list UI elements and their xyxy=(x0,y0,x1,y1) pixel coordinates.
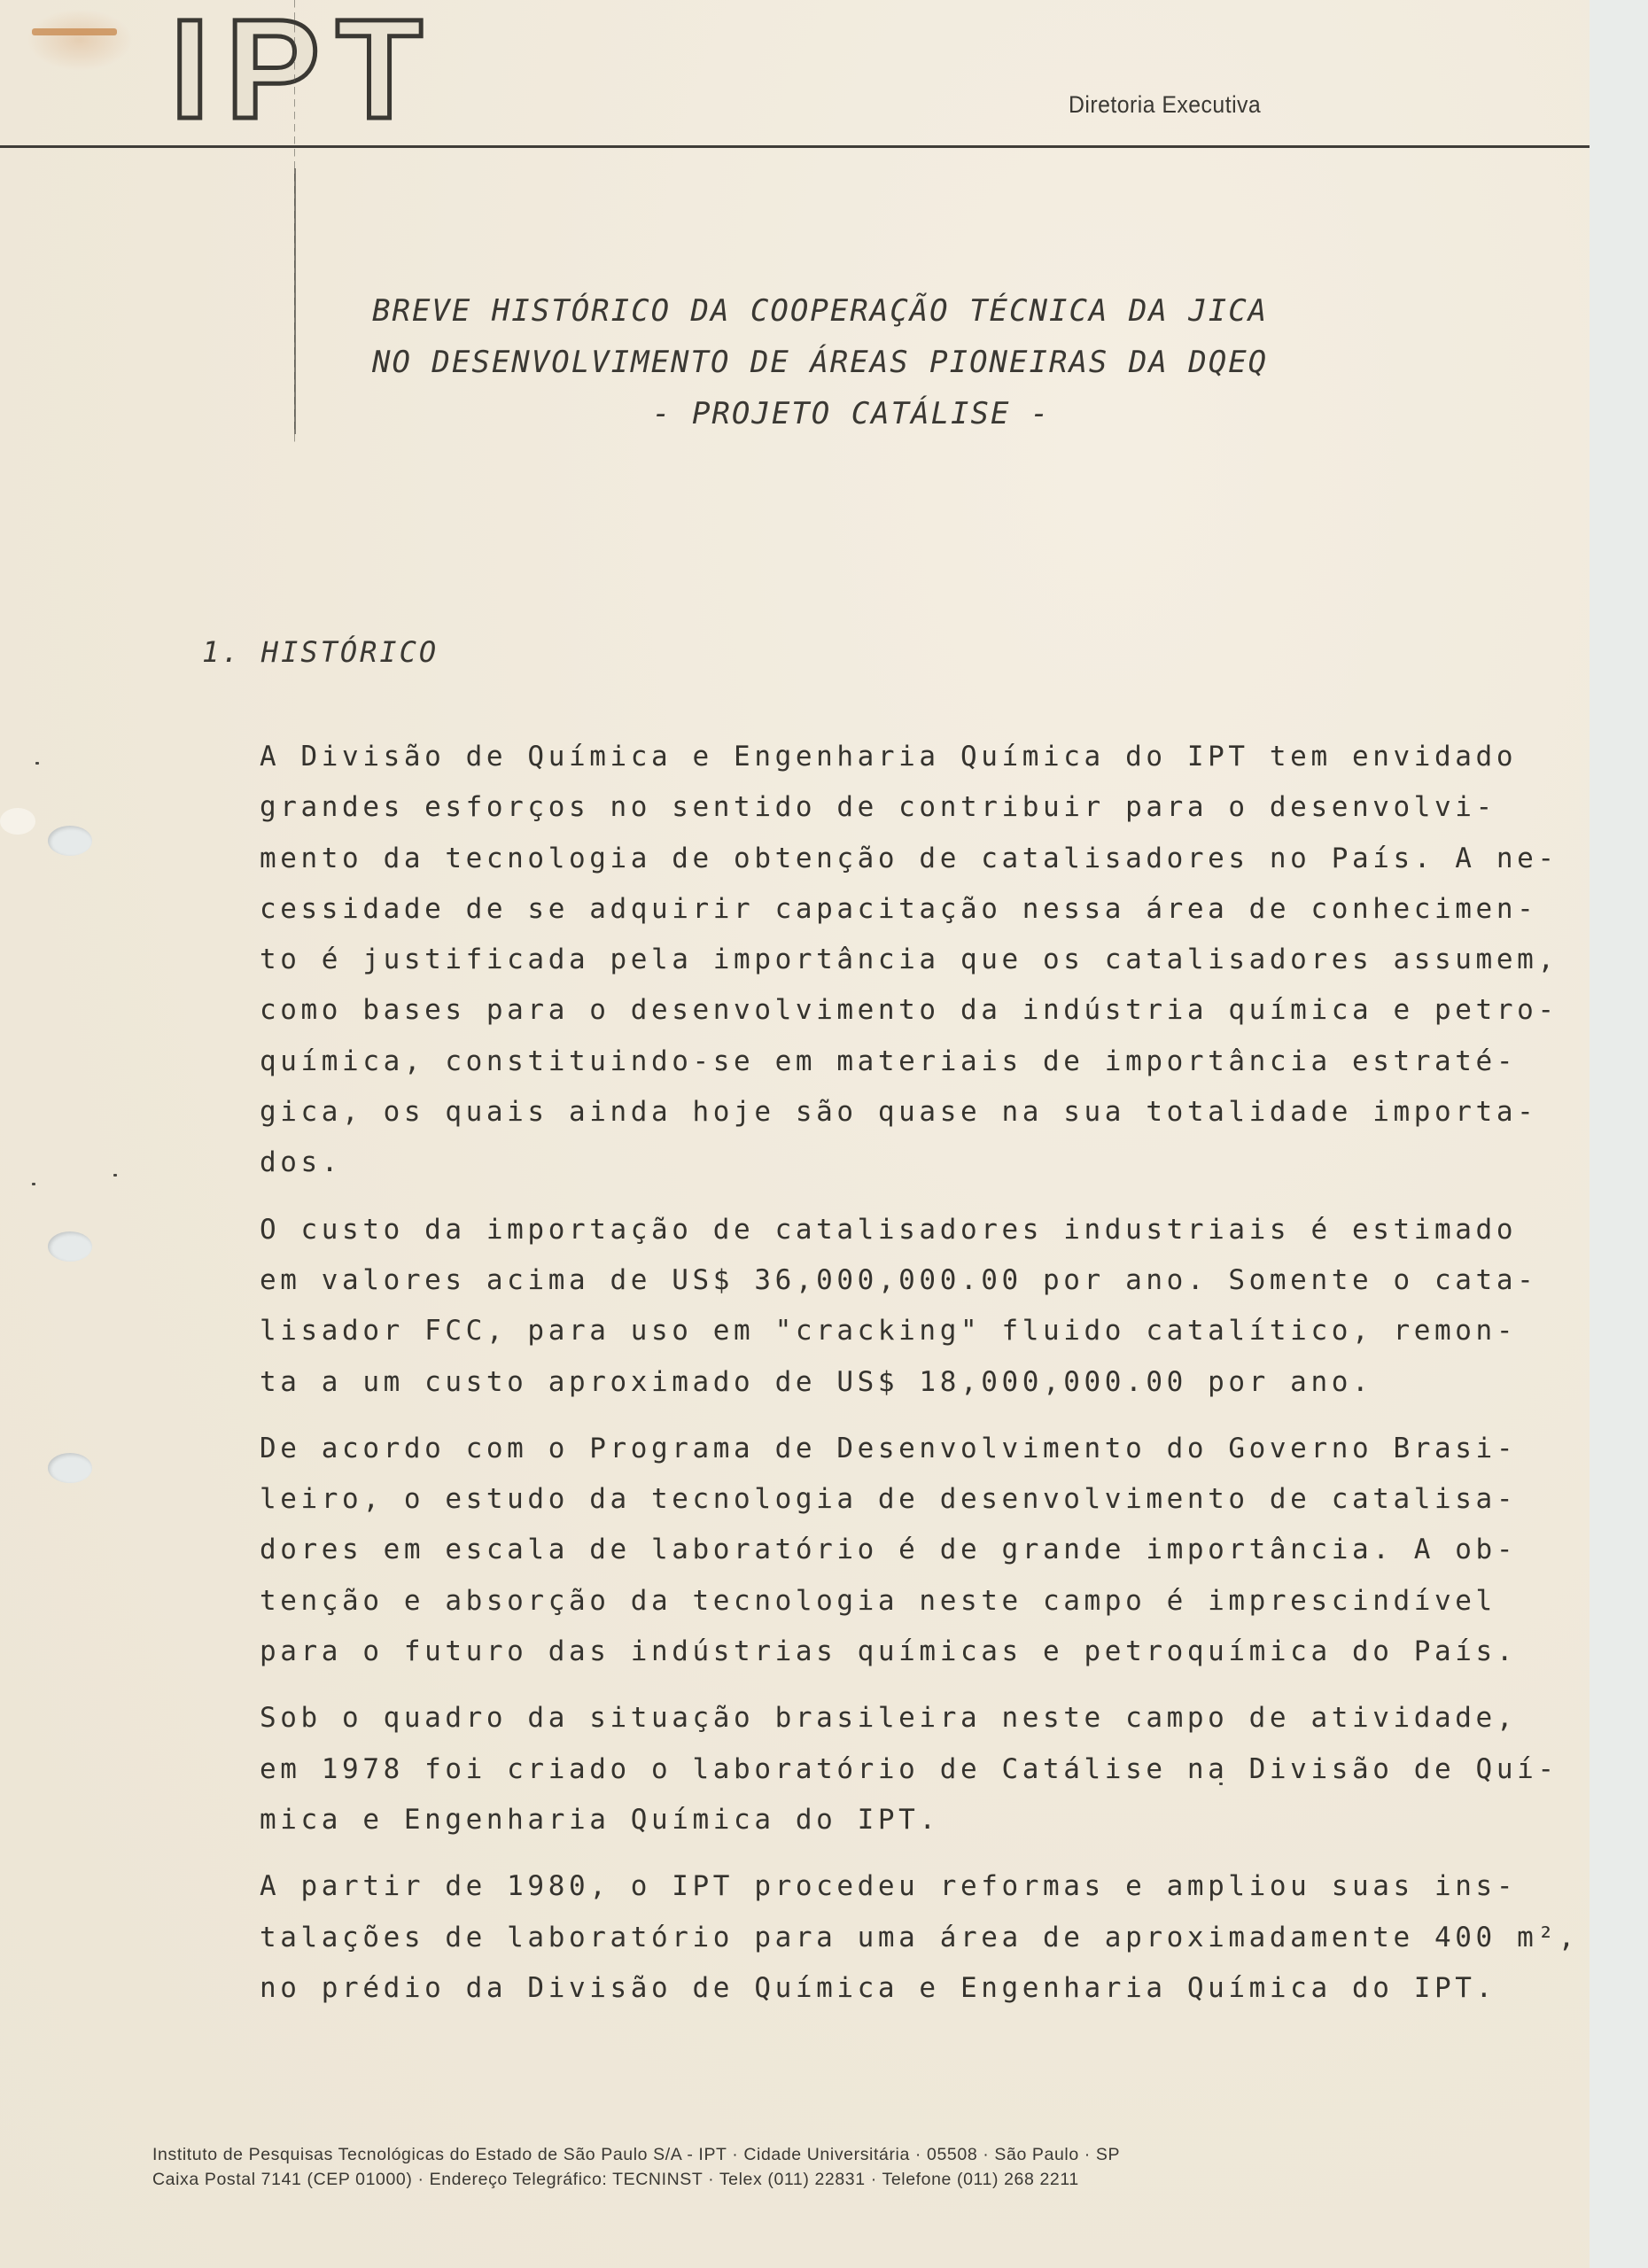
text-line: mica e Engenharia Química do IPT. xyxy=(260,1795,1500,1845)
text-line: no prédio da Divisão de Química e Engenh… xyxy=(260,1963,1500,2014)
department-label: Diretoria Executiva xyxy=(1069,91,1261,119)
text-line: como bases para o desenvolvimento da ind… xyxy=(260,985,1500,1036)
logo-letter: P xyxy=(225,16,336,122)
text-line: grandes esforços no sentido de contribui… xyxy=(260,782,1500,833)
text-line: Sob o quadro da situação brasileira nest… xyxy=(260,1693,1500,1744)
text-line: De acordo com o Programa de Desenvolvime… xyxy=(260,1424,1500,1474)
letterhead-footer: Instituto de Pesquisas Tecnológicas do E… xyxy=(152,2142,1120,2192)
paragraph: O custo da importação de catalisadores i… xyxy=(260,1205,1500,1408)
punch-hole xyxy=(48,1231,92,1262)
text-line: cessidade de se adquirir capacitação nes… xyxy=(260,884,1500,935)
text-line: lisador FCC, para uso em "cracking" flui… xyxy=(260,1306,1500,1356)
punch-hole xyxy=(48,1453,92,1483)
title-line: NO DESENVOLVIMENTO DE ÁREAS PIONEIRAS DA… xyxy=(372,337,1258,388)
footer-address: Instituto de Pesquisas Tecnológicas do E… xyxy=(152,2142,1120,2167)
logo-letter: I xyxy=(170,16,225,122)
document-page: IPT Diretoria Executiva BREVE HISTÓRICO … xyxy=(0,0,1590,2268)
paper-speck xyxy=(35,762,39,765)
text-line: mento da tecnologia de obtenção de catal… xyxy=(260,834,1500,884)
text-line: talações de laboratório para uma área de… xyxy=(260,1913,1500,1963)
paper-speck xyxy=(113,1174,117,1177)
footer-contact: Caixa Postal 7141 (CEP 01000) · Endereço… xyxy=(152,2167,1120,2192)
ipt-logo: IPT xyxy=(170,16,439,122)
text-line: dos. xyxy=(260,1138,1500,1188)
margin-bracket xyxy=(294,168,296,434)
text-line: O custo da importação de catalisadores i… xyxy=(260,1205,1500,1255)
text-line: to é justificada pela importância que os… xyxy=(260,935,1500,985)
document-title: BREVE HISTÓRICO DA COOPERAÇÃO TÉCNICA DA… xyxy=(372,285,1258,439)
rust-stain xyxy=(27,9,133,71)
title-line: BREVE HISTÓRICO DA COOPERAÇÃO TÉCNICA DA… xyxy=(372,285,1258,337)
document-body: A Divisão de Química e Engenharia Químic… xyxy=(260,732,1500,2030)
punch-hole-ghost xyxy=(0,808,35,835)
paragraph: A Divisão de Química e Engenharia Químic… xyxy=(260,732,1500,1189)
header-divider xyxy=(0,145,1590,148)
title-subtitle: - PROJETO CATÁLISE - xyxy=(372,388,1258,439)
paper-speck xyxy=(32,1183,35,1185)
paragraph: A partir de 1980, o IPT procedeu reforma… xyxy=(260,1861,1500,2014)
scan-background xyxy=(1590,0,1648,2268)
paragraph: De acordo com o Programa de Desenvolvime… xyxy=(260,1424,1500,1677)
paper-speck xyxy=(1219,1783,1223,1785)
text-line: química, constituindo-se em materiais de… xyxy=(260,1037,1500,1087)
logo-letter: T xyxy=(336,16,439,122)
text-line: em valores acima de US$ 36,000,000.00 po… xyxy=(260,1255,1500,1306)
text-line: A partir de 1980, o IPT procedeu reforma… xyxy=(260,1861,1500,1912)
text-line: dores em escala de laboratório é de gran… xyxy=(260,1525,1500,1575)
staple-mark xyxy=(32,28,117,35)
punch-hole xyxy=(48,826,92,856)
text-line: A Divisão de Química e Engenharia Químic… xyxy=(260,732,1500,782)
text-line: tenção e absorção da tecnologia neste ca… xyxy=(260,1576,1500,1627)
text-line: para o futuro das indústrias químicas e … xyxy=(260,1627,1500,1677)
text-line: gica, os quais ainda hoje são quase na s… xyxy=(260,1087,1500,1138)
paragraph: Sob o quadro da situação brasileira nest… xyxy=(260,1693,1500,1845)
text-line: leiro, o estudo da tecnologia de desenvo… xyxy=(260,1474,1500,1525)
text-line: ta a um custo aproximado de US$ 18,000,0… xyxy=(260,1357,1500,1408)
section-heading: 1. HISTÓRICO xyxy=(202,635,439,669)
text-line: em 1978 foi criado o laboratório de Catá… xyxy=(260,1744,1500,1795)
